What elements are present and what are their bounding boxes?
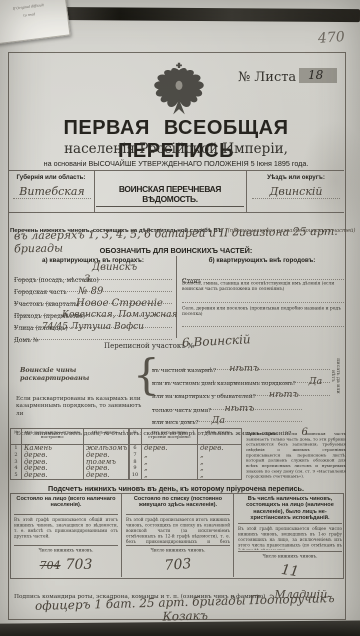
scan-top-edge-artifact bbox=[40, 7, 360, 22]
census-basis: на основаніи ВЫСОЧАЙШЕ УТВЕРЖДЕННАГО ПОЛ… bbox=[8, 159, 344, 168]
divider-line bbox=[8, 170, 344, 171]
tally-title: Подсчетъ нижнихъ чиновъ въ день, къ кото… bbox=[8, 484, 344, 493]
city-row: Домъ № 74/45 Лутуша Вофси bbox=[14, 327, 172, 340]
tally-column-nonchristian: Въ числѣ наличныхъ чиновъ, состоящихъ на… bbox=[238, 496, 342, 579]
designate-heading: ОБОЗНАЧИТЬ ДЛЯ ВОИНСКИХЪ ЧАСТЕЙ: bbox=[8, 246, 344, 255]
tally-count-label: Число нижнихъ чиновъ. bbox=[14, 548, 118, 555]
quartering-question-row: или на квартирахъ у обывателей? нѣтъ bbox=[152, 383, 330, 396]
quartering-label: Воинскіе чины расквартированы bbox=[20, 366, 132, 382]
divider-line bbox=[121, 493, 122, 577]
divider-line bbox=[233, 493, 234, 577]
selo-row: Село, деревня или поселокъ (прописывая п… bbox=[182, 306, 344, 327]
quartering-question-row: въ частной казармѣ? нѣтъ bbox=[152, 357, 330, 370]
field-value: № 89 bbox=[78, 286, 103, 297]
tally-note: Въ этой графѣ прописывается итогъ нижних… bbox=[126, 517, 230, 544]
field-label: Домъ № bbox=[14, 337, 39, 344]
field-value: Ковенская, Помлужная bbox=[62, 310, 178, 320]
column-roof-header: Чѣмъ крыто: bbox=[197, 429, 239, 444]
field-value: 74/45 Лутуша Вофси bbox=[42, 322, 144, 332]
column-number-header: № bbox=[129, 429, 141, 444]
buildings-table-left: № Изъ чего каждое строеніе построено: Чѣ… bbox=[10, 428, 130, 480]
if-quartered-label: Если расквартированы въ казармахъ или ка… bbox=[16, 396, 146, 418]
quartering-question-row: или въ частномъ домѣ казарменнымъ порядк… bbox=[152, 370, 330, 383]
field-value: Двинскъ bbox=[92, 262, 137, 273]
field-label: Волость, гмина, станица или соотвѣтствую… bbox=[182, 281, 344, 292]
crossed-out-value: 704 bbox=[40, 559, 61, 572]
table-row: 5дерев.дерев. bbox=[11, 472, 129, 479]
divider-line bbox=[94, 170, 95, 212]
tally-column-present: Состояло на лицо (всего наличнаго населе… bbox=[14, 496, 118, 573]
count-value: 703 bbox=[66, 557, 93, 573]
tally-column-on-list: Состояло по списку (постоянно живущаго з… bbox=[126, 496, 230, 573]
table-row: 10„„ bbox=[129, 472, 241, 479]
district-label: Уѣздъ или округъ: bbox=[250, 174, 342, 181]
tally-value: 704703 bbox=[14, 557, 118, 573]
note-paragraph: Примѣчаніе. Если воинская часть занимает… bbox=[246, 431, 346, 479]
document-type-title: ВОИНСКАЯ ПЕРЕЧНЕВАЯ ВѢДОМОСТЬ. bbox=[96, 184, 244, 207]
volost-row: Волость, гмина, станица или соотвѣтствую… bbox=[182, 281, 344, 303]
tally-header: Состояло на лицо (всего наличнаго населе… bbox=[14, 496, 118, 513]
divider-line bbox=[14, 545, 118, 546]
sheet-number-value: 18 bbox=[308, 68, 323, 82]
imperial-eagle-icon bbox=[150, 62, 208, 118]
table-header-row: № Изъ чего каждое строеніе построено: Чѣ… bbox=[11, 429, 129, 445]
table-header-row: № Изъ чего каждое строеніе построено: Чѣ… bbox=[129, 429, 241, 445]
census-subtitle: населенія Россійской Имперіи, bbox=[8, 141, 344, 157]
divider-line bbox=[126, 514, 230, 515]
sheet-number-label: № Листа bbox=[238, 70, 296, 85]
note-title: Примѣчаніе. bbox=[246, 431, 278, 436]
column-material-header: Изъ чего каждое строеніе построено: bbox=[21, 429, 83, 444]
tally-note: Въ этой графѣ прописывается общій итогъ … bbox=[14, 517, 118, 544]
field-label: Село, деревня или поселокъ (прописывая п… bbox=[182, 306, 344, 317]
tally-note: Въ этой графѣ прописывается общее число … bbox=[238, 526, 342, 550]
divider-line bbox=[8, 212, 344, 213]
field-value: 3 bbox=[84, 274, 90, 285]
penciled-page-number: 470 bbox=[317, 29, 345, 47]
province-value: Витебская bbox=[13, 185, 91, 199]
tally-header: Въ числѣ наличныхъ чиновъ, состоящихъ на… bbox=[238, 496, 342, 522]
divider-line bbox=[126, 545, 230, 546]
tally-header: Состояло по списку (постоянно живущаго з… bbox=[126, 496, 230, 513]
divider-line bbox=[246, 170, 247, 212]
buildings-table-right: № Изъ чего каждое строеніе построено: Чѣ… bbox=[128, 428, 242, 480]
note-text: Если воинская часть занимаетъ только час… bbox=[246, 431, 346, 479]
field-value: Новое Строеніе bbox=[76, 298, 163, 309]
precinct-label: Переписной участокъ № bbox=[104, 342, 195, 350]
district-value: Двинскій bbox=[252, 185, 340, 199]
province-label: Губернія или область: bbox=[10, 174, 92, 181]
column-number-header: № bbox=[11, 429, 21, 444]
scanned-census-form: If Original difficult to read 470 № Лист… bbox=[0, 0, 360, 636]
divider-line bbox=[14, 514, 118, 515]
archival-sticker: If Original difficult to read bbox=[0, 0, 71, 44]
column-material-header: Изъ чего каждое строеніе построено: bbox=[141, 429, 197, 444]
stan-row: Станъ bbox=[182, 268, 344, 280]
divider-line bbox=[238, 523, 342, 524]
column-roof-header: Чѣмъ крыто: bbox=[83, 429, 127, 444]
rural-column-header: б) квартирующихъ внѣ городовъ: bbox=[182, 257, 342, 264]
divider-line bbox=[176, 256, 177, 338]
margin-instruction-note: писать да или нѣтъ bbox=[330, 353, 340, 399]
divider-line bbox=[238, 551, 342, 552]
